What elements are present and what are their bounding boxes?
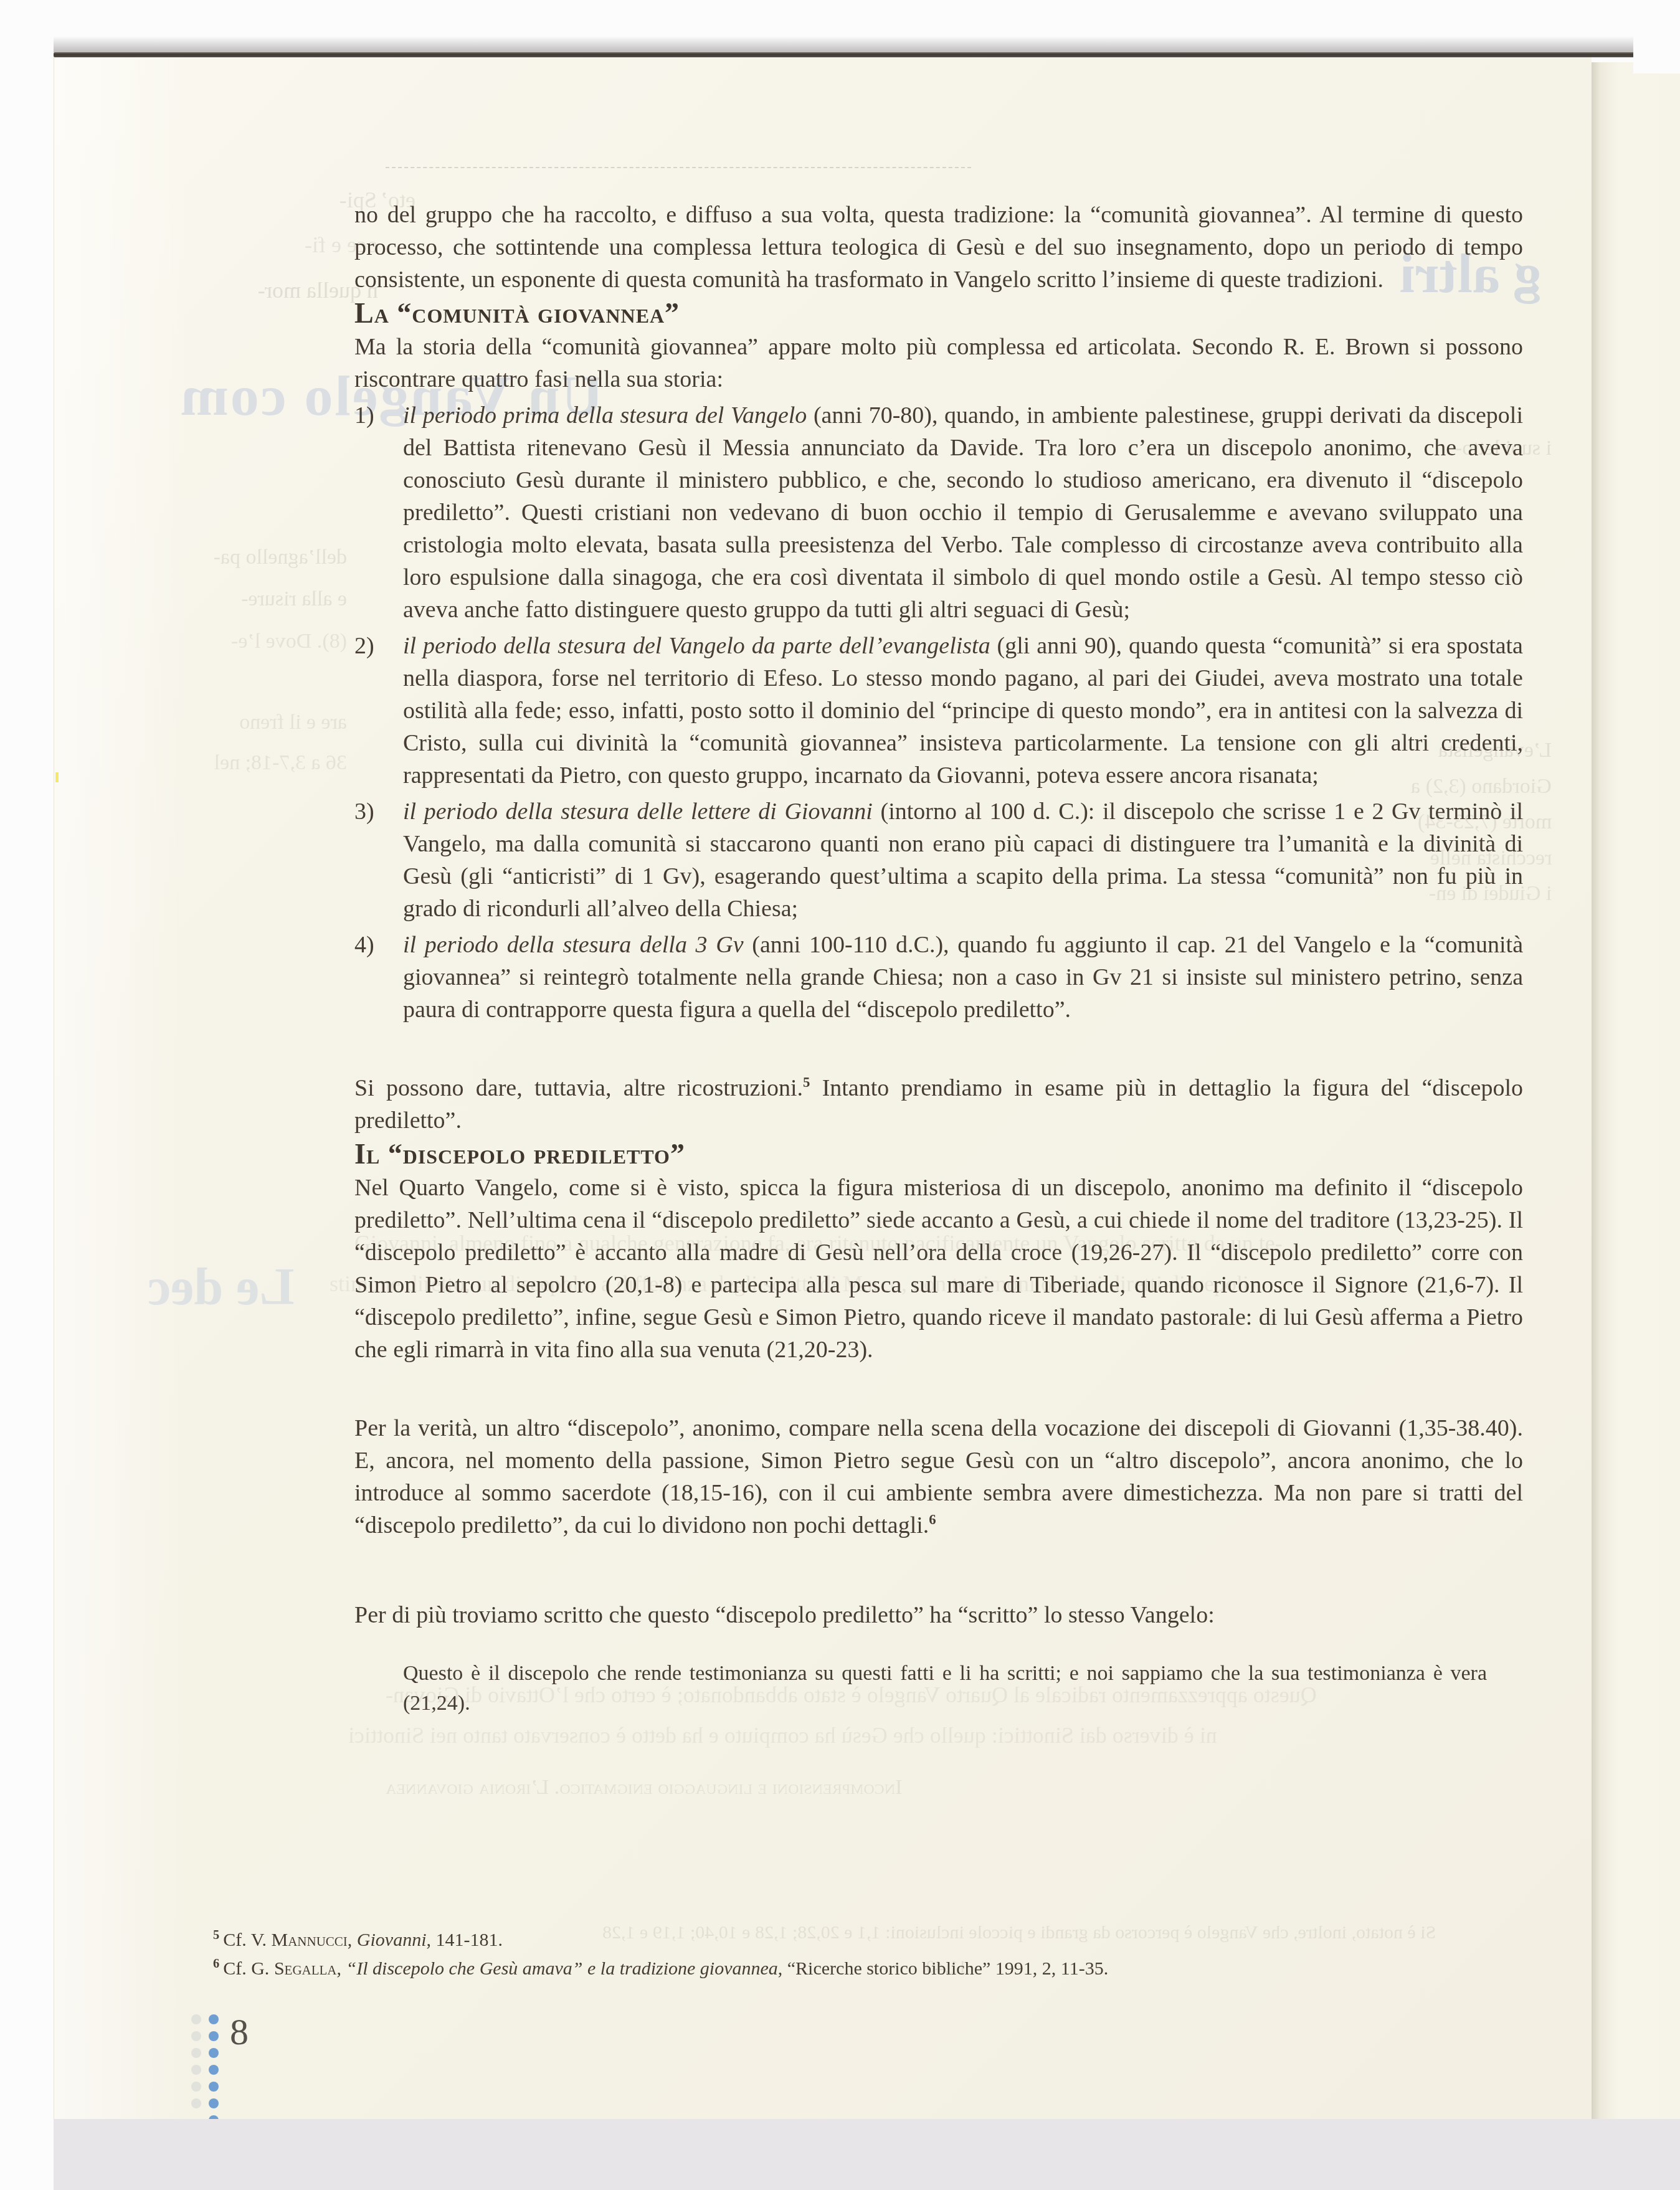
page-top-shadow xyxy=(54,36,1636,52)
ghost-text: oce e fi- xyxy=(173,232,378,258)
dot-ghost xyxy=(191,2014,201,2024)
list-item: 3) il periodo della stesura delle letter… xyxy=(354,795,1523,925)
section1-intro: Ma la storia della “comunità giovannea” … xyxy=(354,331,1523,396)
scanned-book-spread: eto’ Spi- oce e fi- n quella mor- Un Van… xyxy=(0,0,1680,2190)
scanner-background-corner xyxy=(1633,0,1680,73)
page-number: 8 xyxy=(230,2011,249,2054)
dot xyxy=(209,2098,219,2108)
ghost-rule xyxy=(386,167,971,168)
ghost-text: e alla risure- xyxy=(135,587,347,612)
facing-page-edge xyxy=(1591,62,1680,2119)
footnote: 5Cf. V. Mannucci, Giovanni, 141-181. xyxy=(213,1926,1559,1955)
block-quote: Questo è il discepolo che rende testimon… xyxy=(403,1659,1487,1718)
list-item: 4) il periodo della stesura della 3 Gv (… xyxy=(354,929,1523,1026)
section-heading-discepolo-prediletto: Il “discepolo prediletto” xyxy=(354,1137,1523,1172)
ghost-text: n quella mor- xyxy=(154,277,378,304)
list-item: 1) il periodo prima della stesura del Va… xyxy=(354,399,1523,626)
paper-speck xyxy=(55,772,59,782)
list-item-number: 1) xyxy=(354,399,374,432)
dot xyxy=(209,2048,219,2058)
section2-paragraph: Per di più troviamo scritto che questo “… xyxy=(354,1599,1523,1631)
footnotes: 5Cf. V. Mannucci, Giovanni, 141-181. 6Cf… xyxy=(213,1926,1559,1983)
ghost-text: dell’agnello pa- xyxy=(135,545,347,571)
list-item: 2) il periodo della stesura del Vangelo … xyxy=(354,630,1523,792)
intro-paragraph: no del gruppo che ha raccolto, e diffuso… xyxy=(354,199,1523,296)
section1-closing: Si possono dare, tuttavia, altre ricostr… xyxy=(354,1072,1523,1137)
text-column: no del gruppo che ha raccolto, e diffuso… xyxy=(354,199,1523,1718)
list-item-number: 4) xyxy=(354,929,374,961)
footnote: 6Cf. G. Segalla, “Il discepolo che Gesù … xyxy=(213,1955,1559,1983)
section2-paragraph: Per la verità, un altro “discepolo”, ano… xyxy=(354,1412,1523,1542)
list-item-text: il periodo della stesura delle lettere d… xyxy=(403,799,1523,922)
dot-ghost xyxy=(191,2098,201,2108)
list-item-text: il periodo della stesura del Vangelo da … xyxy=(403,633,1523,789)
dot xyxy=(209,2014,219,2024)
ghost-text: ni è diverso dai Sinottici: quello che G… xyxy=(348,1722,1217,1749)
page-top-edge-line xyxy=(54,52,1636,57)
dot xyxy=(209,2065,219,2075)
scanner-bottom-strip xyxy=(54,2119,1680,2190)
list-item-number: 3) xyxy=(354,795,374,828)
dot xyxy=(209,2082,219,2092)
list-item-number: 2) xyxy=(354,630,374,662)
dot-ghost xyxy=(191,2082,201,2092)
list-item-text: il periodo prima della stesura del Vange… xyxy=(403,402,1523,623)
dot-ghost xyxy=(191,2048,201,2058)
ghost-title: Le dec xyxy=(148,1256,295,1319)
book-page: eto’ Spi- oce e fi- n quella mor- Un Van… xyxy=(54,57,1592,2119)
ghost-text: Incomprensioni e linguaggio enigmatico. … xyxy=(386,1775,902,1801)
dot xyxy=(209,2031,219,2041)
ghost-text: 36 a 3,7-18; nel xyxy=(135,751,347,776)
section2-paragraph: Nel Quarto Vangelo, come si è visto, spi… xyxy=(354,1172,1523,1366)
ghost-text: (8). Dove l’e- xyxy=(135,629,347,655)
section-heading-comunita-giovannea: La “comunità giovannea” xyxy=(354,296,1523,331)
dot-ghost xyxy=(191,2031,201,2041)
list-item-text: il periodo della stesura della 3 Gv (ann… xyxy=(403,932,1523,1023)
dot-ghost xyxy=(191,2065,201,2075)
ghost-text: are e il freno xyxy=(135,710,347,736)
